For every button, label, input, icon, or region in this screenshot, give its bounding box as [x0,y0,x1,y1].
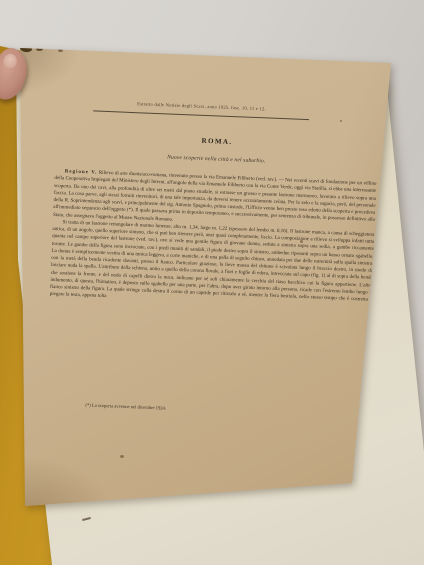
footnote: (*) La scoperta avvenne nel dicembre 192… [45,401,367,419]
printed-page-wrap: Estratto dalle Notizie degli Scavi, anno… [0,0,424,565]
body-text: Regione V. Rilievo di arte dionisiaco-ro… [50,168,377,311]
paragraph-text: Rilievo di arte dionisiaco-romana, rinve… [53,171,377,223]
paragraph-text: Si tratta di un lastrone rettangolare di… [50,220,375,303]
paragraph-lead: Regione V. [65,169,98,175]
page-subtitle: Nuove scoperte nella città e nel suburbi… [55,150,377,169]
page-text-block: Estratto dalle Notizie degli Scavi, anno… [58,90,384,103]
torn-edge-chip [58,49,63,52]
foxing-speck [340,120,342,122]
torn-edge-chip [36,47,43,51]
torn-corner-chip [20,44,33,53]
foxing-speck [120,455,124,458]
photo-antique-pamphlet: Estratto dalle Notizie degli Scavi, anno… [0,0,424,565]
page-title: ROMA. [56,131,378,152]
thumb-nail [2,53,18,69]
header-rule [93,110,309,120]
printed-page: Estratto dalle Notizie degli Scavi, anno… [0,0,424,565]
paragraph: Si tratta di un lastrone rettangolare di… [50,219,375,312]
